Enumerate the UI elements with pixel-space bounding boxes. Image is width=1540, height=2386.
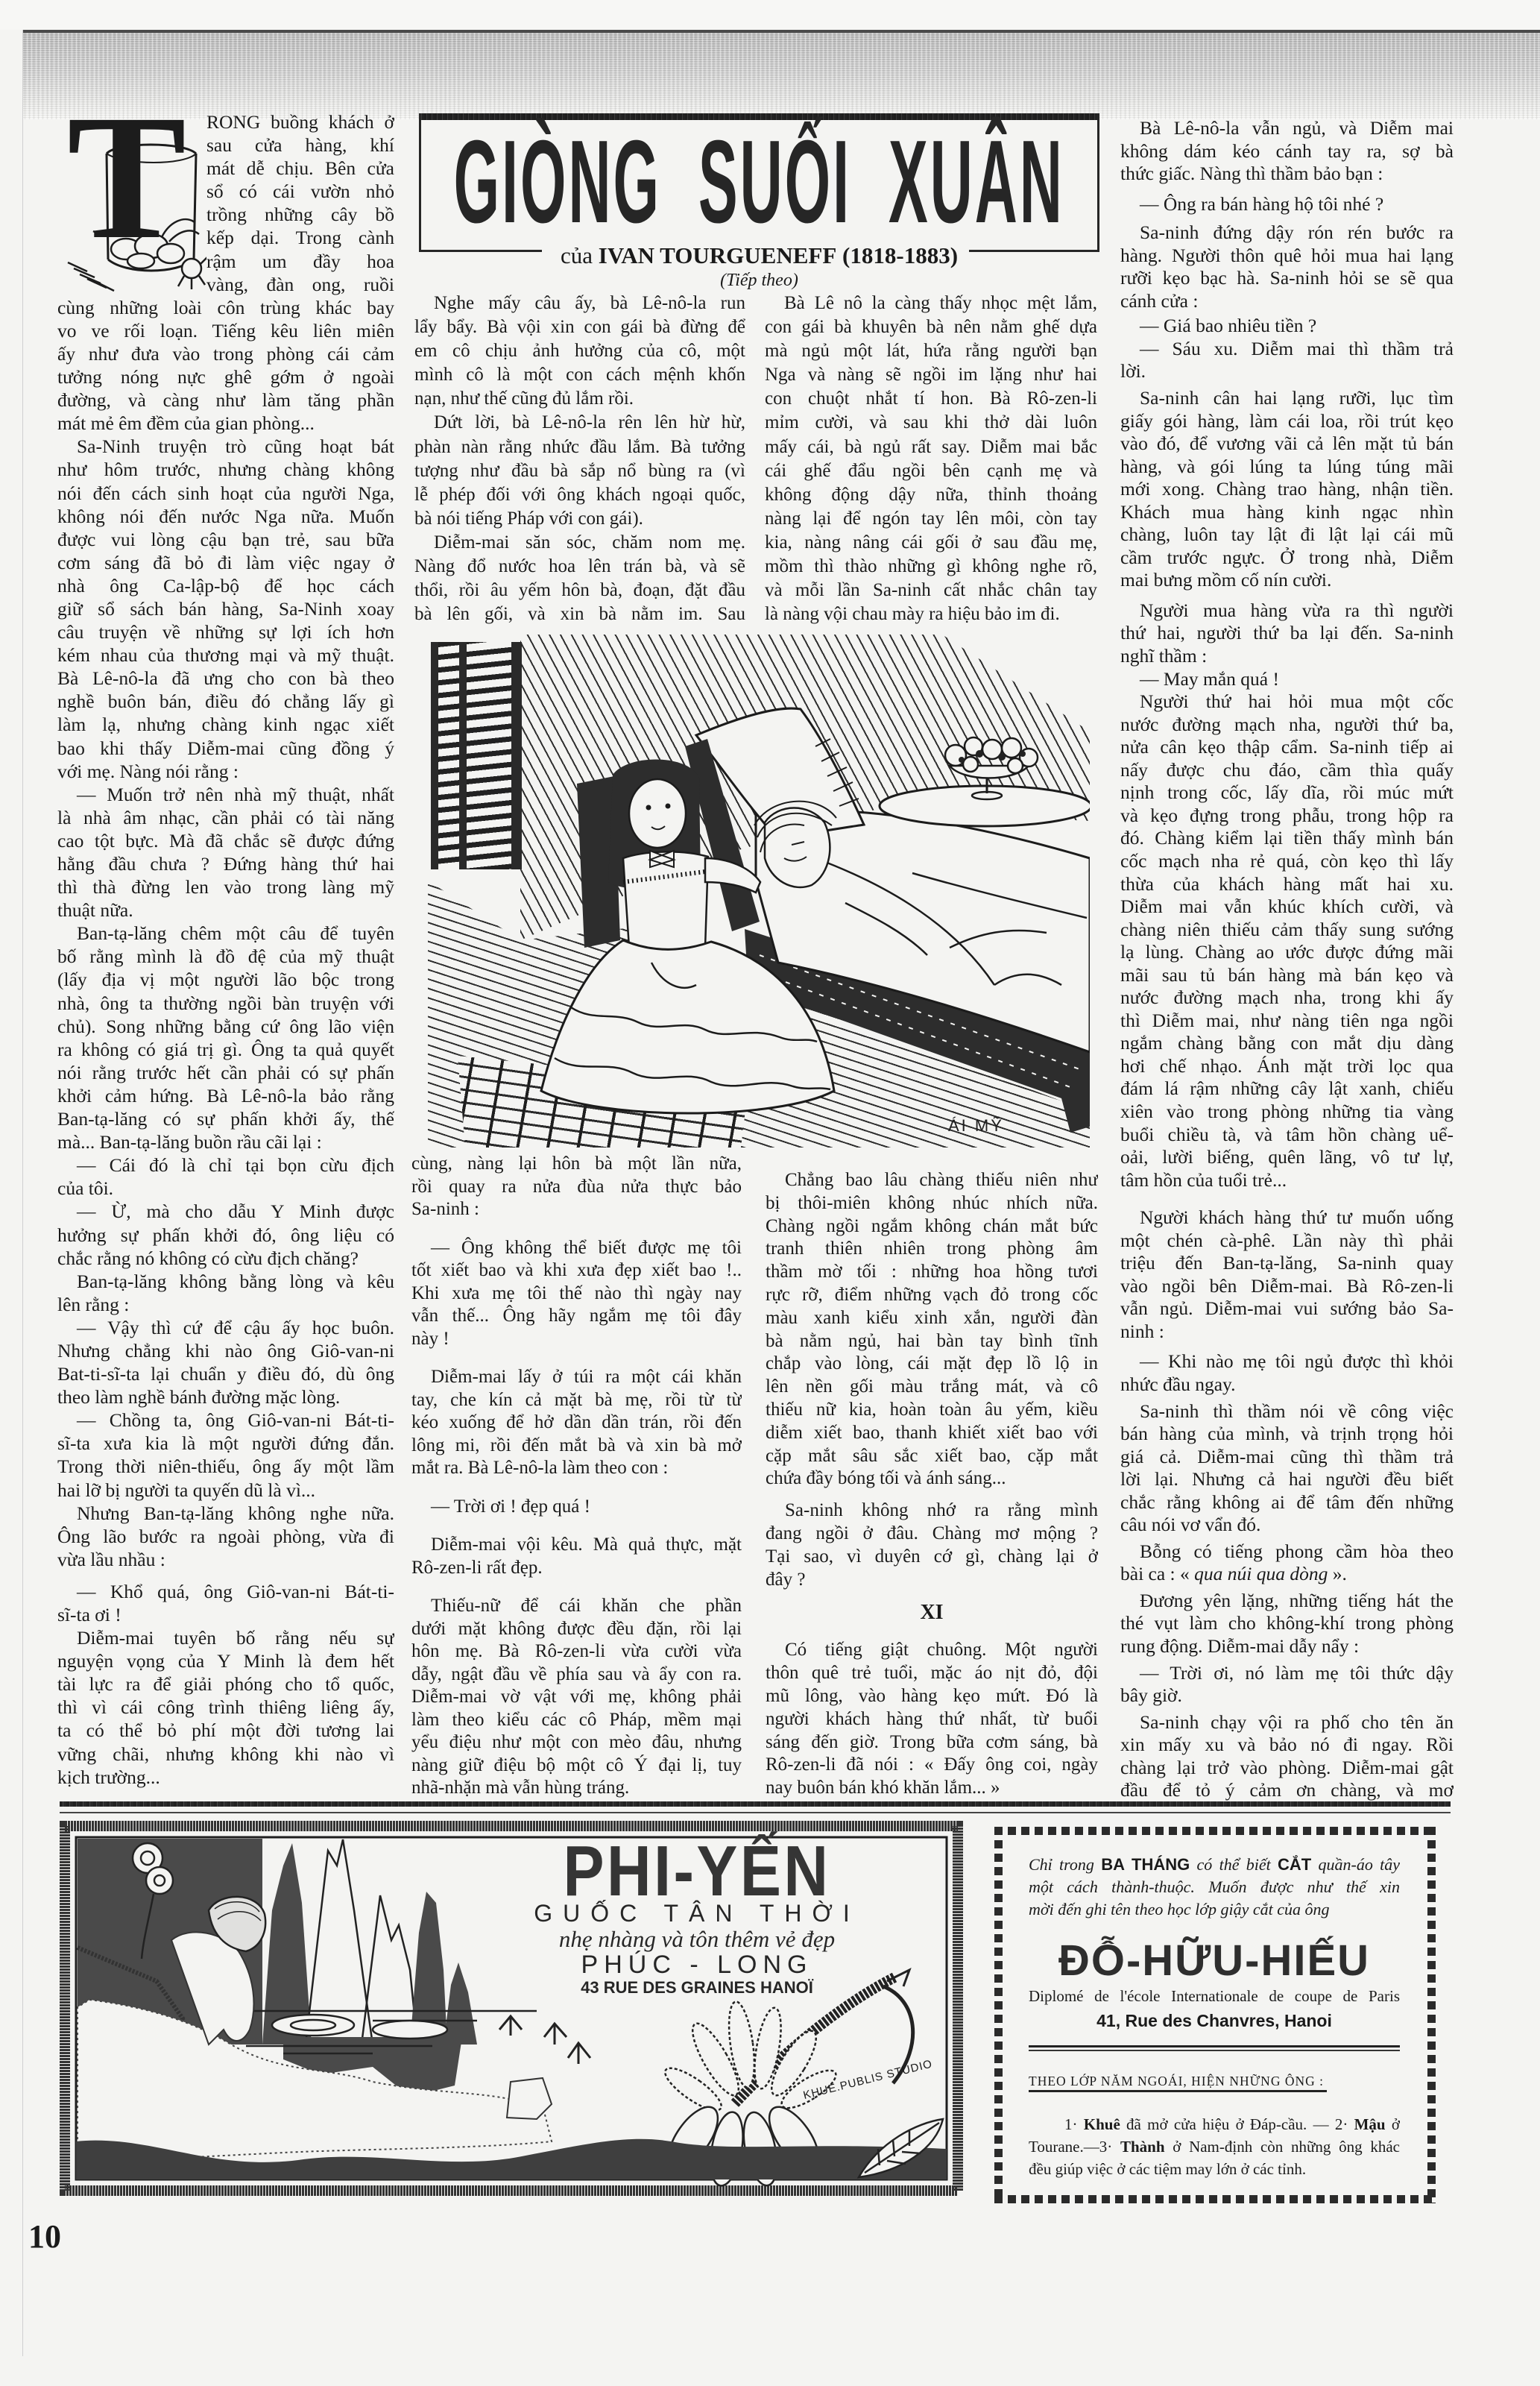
- paragraph: — Chồng ta, ông Giô-van-ni Bát-ti-sĩ-ta …: [57, 1408, 394, 1501]
- column-2-bottom: cùng, nàng lại hôn bà một lần nữa,rồi qu…: [411, 1153, 742, 1800]
- ad-double-rule-bottom: [1029, 2050, 1400, 2051]
- text-line: lạ lùng. Chàng ao ước được đứng mãi: [1120, 941, 1454, 964]
- paragraph: Diễm-mai lấy ở túi ra một cái khăntay, c…: [411, 1366, 742, 1480]
- text-line: vẫn ngủ. Diễm-mai vui sướng bảo Sa-: [1120, 1297, 1454, 1321]
- text-line: — Sáu xu. Diễm mai thì thầm trả: [1120, 338, 1454, 361]
- text-line: với mẹ. Nàng nói rằng :: [57, 760, 394, 783]
- text-line: hàng, và gói lúng ta lúng túng mãi: [1120, 456, 1454, 479]
- text-line: là nhà âm nhạc, cần phải có tài năng: [57, 806, 394, 829]
- text-line: kếp dại. Trong cành: [206, 226, 394, 249]
- text-line: phàn nàn rằng nhức đầu lắm. Bà tưởng: [414, 435, 745, 459]
- text-line: đó. Chàng kiểm lại tiền thấy mình bán: [1120, 827, 1454, 850]
- paragraph: Bỗng có tiếng phong cầm hòa theobài ca :…: [1120, 1540, 1454, 1586]
- paragraph: — Khổ quá, ông Giô-van-ni Bát-ti-sĩ-ta ơ…: [57, 1580, 394, 1626]
- text-line: nhà ông Ca-lập-bộ để học cách: [57, 574, 394, 597]
- text-line: Ban-tạ-lăng không bằng lòng và kêu: [57, 1270, 394, 1293]
- text-line: lông mi, rồi đến mắt bà và xin bà mở: [411, 1435, 742, 1458]
- text-line: Nhưng chẳng khi nào ông Giô-van-ni: [57, 1339, 394, 1362]
- text-line: bài ca : « qua núi qua dòng ».: [1120, 1563, 1454, 1586]
- text-line: — Muốn trở nên nhà mỹ thuật, nhất: [57, 783, 394, 806]
- text-line: không nói đến nước Nga nữa. Muốn: [57, 505, 394, 528]
- text-line: lễ phép đối với ông khách ngoại quốc,: [414, 483, 745, 507]
- text-line: vào đó, để vương vãi cả lên mặt tủ bán: [1120, 432, 1454, 456]
- text-line: vào ngồi bên Diễm-mai. Bà Rô-zen-li: [1120, 1275, 1454, 1298]
- paragraph: Chỉ trong BA THÁNG có thể biết CẮT quần-…: [1029, 1854, 1400, 1921]
- author-name: IVAN TOURGUENEFF: [599, 242, 837, 268]
- column-3-top: Bà Lê nô la càng thấy nhọc mệt lắm,con g…: [765, 292, 1097, 626]
- ad-diploma: Diplomé de l'école Internationale de cou…: [1029, 1985, 1400, 2007]
- dotted-border-bottom: [994, 2195, 1436, 2203]
- text-line: — Vậy thì cứ để cậu ấy học buôn.: [57, 1316, 394, 1339]
- text-line: nước đường mạch nha, người thứ ba,: [1120, 714, 1454, 737]
- column-2-top: Nghe mấy câu ấy, bà Lê-nô-la runlẩy bẩy.…: [414, 292, 745, 626]
- paragraph: Nhưng Ban-tạ-lăng không nghe nữa.Ông lão…: [57, 1502, 394, 1571]
- text-line: tài lực ra để giải phóng cho tổ quốc,: [57, 1672, 394, 1696]
- text-line: xiên vào trong phòng những tia vàng: [1120, 1101, 1454, 1124]
- text-line: kém nhau của thương mại và mỹ thuật.: [57, 643, 394, 667]
- text-line: đám lá rậm những cây lật xanh, chiếu: [1120, 1077, 1454, 1101]
- text-line: bà lên gối, và xin bà nằm im. Sau: [414, 602, 745, 626]
- text-line: Bà Lê-nô-la vẫn ngủ, và Diễm mai: [1120, 117, 1454, 140]
- advertisement-phi-yen: PHI-YẾN GUỐC TÂN THỜI nhẹ nhàng và tôn t…: [60, 1821, 963, 2196]
- text-line: rung động. Diễm-mai dẫy nẩy :: [1120, 1635, 1454, 1658]
- text-line: chắp vào lòng, cái mặt đẹp lồ lộ in: [766, 1353, 1098, 1376]
- text-line: Rô-zen-li rất đẹp.: [411, 1557, 742, 1580]
- text-line: kịch trường...: [57, 1766, 394, 1789]
- text-line: ấy như đưa vào trong phòng cái cảm: [57, 342, 394, 365]
- text-line: hàng. Người thôn quê hỏi mua hai lạng: [1120, 245, 1454, 268]
- text-line: nạn, như thế cũng đủ lắm rồi.: [414, 387, 745, 411]
- text-line: vẫn thế... Ông hãy ngắm mẹ tôi đây: [411, 1305, 742, 1328]
- text-line: mồm thì thào những gì không nghe rõ,: [765, 555, 1097, 579]
- text-line: RONG buồng khách ở: [206, 110, 394, 133]
- text-line: thức giấc. Nàng thì thầm bảo bạn :: [1120, 163, 1454, 186]
- text-line: sổ có cái vườn nhỏ: [206, 180, 394, 203]
- text-line: nhức đầu ngay.: [1120, 1373, 1454, 1397]
- paragraph: Bà Lê nô la càng thấy nhọc mệt lắm,con g…: [765, 292, 1097, 626]
- ads-divider-thick: [60, 1801, 1451, 1807]
- paragraph: Sa-ninh cân hai lạng rưỡi, lục tìmgiấy g…: [1120, 387, 1454, 592]
- text-line: không dám kéo cánh tay ra, sợ bà: [1120, 140, 1454, 163]
- text-line: tâm hồn của tuổi trẻ...: [1120, 1169, 1454, 1192]
- text-line: tưởng nóng nực ghê gớm ở ngoài: [57, 365, 394, 388]
- text-line: chắc rằng không ai để tâm đến những: [1120, 1491, 1454, 1514]
- text-line: một cách thành-thuộc. Muốn được như thế …: [1029, 1876, 1400, 1898]
- story-illustration: ÁI MỸ: [428, 635, 1090, 1148]
- text-line: nàng lại để ngón tay lên môi, còn tay: [765, 507, 1097, 531]
- text-line: chàng niên thiếu cảm thấy sung sướng: [1120, 919, 1454, 942]
- ad-heading-underline: [1029, 2090, 1327, 2092]
- text-line: Tại sao, vì duyên cớ gì, chàng lại ở: [766, 1546, 1098, 1569]
- text-line: bố rằng mình là đồ đệ của mỹ thuật: [57, 945, 394, 968]
- byline-prefix: của: [561, 242, 593, 268]
- page-number: 10: [28, 2220, 61, 2253]
- text-line: Chàng ngồi ngắm không chán mắt bức: [766, 1215, 1098, 1238]
- text-line: Khi xưa mẹ tôi thế nào thì ngày nay: [411, 1282, 742, 1306]
- text-line: vừa lầu nhầu :: [57, 1548, 394, 1571]
- text-line: được vui lòng cậu bạn trẻ, sau bữa: [57, 528, 394, 551]
- text-line: thôn quê trẻ tuổi, mặc áo nịt đỏ, đội: [766, 1662, 1098, 1685]
- advertisement-tailoring-school: Chỉ trong BA THÁNG có thể biết CẮT quần-…: [994, 1827, 1436, 2203]
- text-line: Có tiếng giật chuông. Một người: [766, 1639, 1098, 1662]
- text-line: (lấy địa vị một người lão bộc trong: [57, 968, 394, 991]
- text-line: lẩy bẩy. Bà vội xin con gái bà đừng để: [414, 315, 745, 339]
- paragraph: Người khách hàng thứ tư muốn uốngmột ché…: [1120, 1206, 1454, 1343]
- text-line: vo ve rối loạn. Tiếng kêu liên miên: [57, 319, 394, 342]
- paragraph: — Giá bao nhiêu tiền ?: [1120, 315, 1454, 338]
- ad-alumni-heading: THEO LỚP NĂM NGOÁI, HIỆN NHỮNG ÔNG :: [1029, 2071, 1400, 2091]
- paragraph: — Cái đó là chỉ tại bọn cừu địchcủa tôi.: [57, 1153, 394, 1200]
- dotted-border-left: [994, 1827, 1003, 2203]
- text-line: thì Diễm mai, như nàng tiên nga ngồi: [1120, 1010, 1454, 1033]
- text-line: nhà, ông ta thường ngồi bàn truyện với: [57, 992, 394, 1015]
- text-line: Đương yên lặng, những tiếng hát the: [1120, 1590, 1454, 1613]
- text-line: lời.: [1120, 360, 1454, 383]
- text-line: mũ lông, vào hàng kẹo mứt. Đó là: [766, 1685, 1098, 1708]
- text-line: thổi, rồi âu yếm hôn bà, đoạn, đặt đầu: [414, 579, 745, 602]
- text-line: Diễm-mai tuyên bố rằng nếu sự: [57, 1626, 394, 1649]
- ad-brand: PHI-YẾN: [543, 1842, 851, 1901]
- paragraph: — Khi nào mẹ tôi ngủ được thì khỏinhức đ…: [1120, 1350, 1454, 1396]
- paragraph: Sa-ninh thì thầm nói về công việcbán hàn…: [1120, 1400, 1454, 1537]
- text-line: diễm xiết bao, thanh khiết xiết bao với: [766, 1422, 1098, 1445]
- text-line: dẫy, ngật đầu về phía sau và ẩy con ra.: [411, 1663, 742, 1687]
- text-line: rậm um đầy hoa: [206, 250, 394, 273]
- text-line: cái ghế đẩu ngồi bên cạnh mẹ và: [765, 459, 1097, 483]
- text-line: Bỗng có tiếng phong cầm hòa theo: [1120, 1540, 1454, 1564]
- text-line: nghề buôn bán, điều đó chẳng lấy gì: [57, 690, 394, 713]
- text-line: chắc rằng nó không có cừu địch chăng?: [57, 1247, 394, 1270]
- text-line: sau cửa hàng, khí: [206, 133, 394, 157]
- text-line: — May mắn quá !: [1120, 668, 1454, 691]
- text-line: đây ?: [766, 1569, 1098, 1592]
- text-line: yểu điệu như một con mèo đâu, nhưng: [411, 1731, 742, 1754]
- text-line: Khách mua hàng kinh ngạc nhìn: [1120, 501, 1454, 524]
- text-line: bao khi thấy Diễm-mai cũng đồng ý: [57, 737, 394, 760]
- paragraph: Sa-ninh không nhớ ra rằng mìnhđang ngồi …: [766, 1499, 1098, 1591]
- paragraph: — Ông ra bán hàng hộ tôi nhé ?: [1120, 193, 1454, 216]
- text-line: Sa-ninh :: [411, 1198, 742, 1221]
- text-line: ngắm chàng bằng con mắt dịu dàng: [1120, 1032, 1454, 1055]
- text-line: đều giúp việc ở các tiệm may lớn ở các t…: [1029, 2158, 1400, 2180]
- continued-note: (Tiếp theo): [421, 269, 1097, 292]
- ad-tagline: nhẹ nhàng và tôn thêm vẻ đẹp: [518, 1927, 876, 1952]
- text-line: rưỡi kẹo bạc hà. Sa-ninh hỏi se sẽ qua: [1120, 267, 1454, 290]
- text-line: cầm trước ngực. Ở trong nhà, Diễm: [1120, 547, 1454, 570]
- text-line: Ban-tạ-lăng có sự phấn khởi ấy, thế: [57, 1107, 394, 1130]
- text-line: kia, nàng nâng cái gối ở sau đầu mẹ,: [765, 531, 1097, 555]
- paragraph: Thiếu-nữ để cái khăn che phầndưới mặt kh…: [411, 1595, 742, 1800]
- text-line: cùng, nàng lại hôn bà một lần nữa,: [411, 1153, 742, 1176]
- text-line: — Khổ quá, ông Giô-van-ni Bát-ti-: [57, 1580, 394, 1603]
- text-line: đang ngồi ở đâu. Chàng mơ mộng ?: [766, 1523, 1098, 1546]
- text-line: cốc mạch nha rẻ quá, còn kẹo thì lấy: [1120, 850, 1454, 873]
- text-line: nhã-nhặn mà vẫn hùng tráng.: [411, 1777, 742, 1800]
- text-line: và kẹo đựng trong phẫu, trong hộp ra: [1120, 805, 1454, 828]
- text-line: sĩ-ta xưa kia là một người đứng đắn.: [57, 1432, 394, 1455]
- text-line: ta có thể bỏ phí một đời tương lai: [57, 1719, 394, 1742]
- paragraph: — Sáu xu. Diễm mai thì thầm trảlời.: [1120, 338, 1454, 383]
- paragraph: Ban-tạ-lăng chêm một câu để tuyênbố rằng…: [57, 922, 394, 1153]
- text-line: Dứt lời, bà Lê-nô-la rên lên hừ hừ,: [414, 411, 745, 435]
- text-line: hai lỡ bị người ta quyến dũ là vì...: [57, 1479, 394, 1502]
- paragraph: Chẳng bao lâu chàng thiếu niên nhưbị thô…: [766, 1169, 1098, 1491]
- text-line: mãi sau tủ bán hàng mà bán kẹo và: [1120, 964, 1454, 987]
- text-line: — Trời ơi, nó làm mẹ tôi thức dậy: [1120, 1662, 1454, 1685]
- text-line: Nhưng Ban-tạ-lăng không nghe nữa.: [57, 1502, 394, 1525]
- text-line: đầu để tỏ ý cảm ơn chàng, và mơ: [1120, 1779, 1454, 1802]
- paragraph: — Vậy thì cứ để cậu ấy học buôn.Nhưng ch…: [57, 1316, 394, 1408]
- text-line: Nghe mấy câu ấy, bà Lê-nô-la run: [414, 292, 745, 315]
- ad-double-rule-top: [1029, 2045, 1400, 2047]
- newspaper-page: GIÒNG SUỐI XUÂN của IVAN TOURGUENEFF (18…: [0, 0, 1540, 2386]
- paragraph: Diễm-mai săn sóc, chăm nom mẹ.Nàng đổ nư…: [414, 531, 745, 626]
- text-line: Bà Lê nô la càng thấy nhọc mệt lắm,: [765, 292, 1097, 315]
- text-line: câu nói vơ vẩn đó.: [1120, 1514, 1454, 1537]
- text-line: Nga và nàng sẽ ngồi im lặng như hai: [765, 363, 1097, 387]
- paragraph: Ban-tạ-lăng không bằng lòng và kêulên rằ…: [57, 1270, 394, 1316]
- text-line: người khách hàng thứ nhất, từ buổi: [766, 1708, 1098, 1731]
- text-line: cặp mắt sâu sắc xiết bao, cặp mắt: [766, 1445, 1098, 1468]
- text-line: chàng lại trở vào phòng. Diễm-mai gật: [1120, 1757, 1454, 1780]
- text-line: dưới mặt không được đều đặn, rồi lại: [411, 1618, 742, 1641]
- text-line: lời lại. Nhưng cả hai người đều biết: [1120, 1468, 1454, 1491]
- text-line: vàng, đàn ong, ruồi: [206, 273, 394, 296]
- text-line: sĩ-ta ơi !: [57, 1603, 394, 1626]
- text-line: thé vụt làm cho không-khí trong phòng: [1120, 1612, 1454, 1635]
- text-line: không động dậy nữa, thỉnh thoảng: [765, 483, 1097, 507]
- text-line: nghĩ thầm :: [1120, 645, 1454, 668]
- paragraph: Nghe mấy câu ấy, bà Lê-nô-la runlẩy bẩy.…: [414, 292, 745, 411]
- scan-margin: [0, 0, 1540, 30]
- text-line: Diễm-mai vờ vật với mẹ, không phải: [411, 1686, 742, 1709]
- text-line: Rô-zen-li đã nói : « Đấy ông coi, ngày: [766, 1754, 1098, 1777]
- column-4: Bà Lê-nô-la vẫn ngủ, và Diễm maikhông dá…: [1120, 117, 1454, 1802]
- ad-intro-text: Chỉ trong BA THÁNG có thể biết CẮT quần-…: [1029, 1854, 1400, 1921]
- text-line: Trong thời niên-thiếu, ông ấy một lầm: [57, 1455, 394, 1478]
- text-line: — Trời ơi ! đẹp quá !: [411, 1496, 742, 1519]
- text-line: và mỗi lần Sa-ninh cất nhắc chân tay: [765, 579, 1097, 602]
- text-line: ninh :: [1120, 1321, 1454, 1344]
- text-line: thì vì cái công trình thiêng liêng ấy,: [57, 1696, 394, 1719]
- text-line: Sa-ninh không nhớ ra rằng mình: [766, 1499, 1098, 1523]
- text-line: Sa-ninh chạy vội ra phố cho tên ăn: [1120, 1711, 1454, 1734]
- text-line: khởi cảm hứng. Bà Lê-nô-la bảo rằng: [57, 1084, 394, 1107]
- text-line: nửa cân kẹo thập cẩm. Sa-ninh tiếp ai: [1120, 736, 1454, 759]
- text-line: hằng đầu chưa ? Đứng hàng thứ hai: [57, 852, 394, 875]
- text-line: của tôi.: [57, 1177, 394, 1200]
- text-line: mắt ra. Bà Lê-nô-la làm theo con :: [411, 1457, 742, 1480]
- paragraph: — Ừ, mà cho dẫu Y Minh đượchưởng sự phấn…: [57, 1200, 394, 1269]
- text-line: buổi chiều tà, và tâm hồn chàng uể-: [1120, 1124, 1454, 1147]
- text-line: Ông lão bước ra ngoài phòng, vừa đi: [57, 1525, 394, 1548]
- text-line: như hôm trước, nhưng chàng không: [57, 458, 394, 481]
- text-line: mà ngủ một lát, hứa rằng người bạn: [765, 339, 1097, 363]
- text-line: nấy được chu đáo, cầm thìa quấy: [1120, 759, 1454, 782]
- title-wrap: GIÒNG SUỐI XUÂN: [421, 123, 1097, 241]
- table-with-flowers: [880, 737, 1090, 826]
- text-line: Người thứ hai hỏi mua một cốc: [1120, 690, 1454, 714]
- text-line: Người khách hàng thứ tư muốn uống: [1120, 1206, 1454, 1230]
- text-line: mát dễ chịu. Bên cửa: [206, 157, 394, 180]
- text-line: xin mấy xu và bảo nó đi ngay. Rồi: [1120, 1734, 1454, 1757]
- text-line: lên nền gối màu trắng mát, và cô: [766, 1376, 1098, 1399]
- text-line: — Chồng ta, ông Giô-van-ni Bát-ti-: [57, 1408, 394, 1432]
- text-line: câu truyện về những sự lợi ích hơn: [57, 620, 394, 643]
- text-line: tay, che kín cả mặt bà mẹ, rồi từ từ: [411, 1389, 742, 1412]
- paragraph: Người thứ hai hỏi mua một cốcnước đường …: [1120, 690, 1454, 1192]
- text-line: rực rỡ, điểm những vạch đỏ trong cốc: [766, 1284, 1098, 1307]
- text-line: Chỉ trong BA THÁNG có thể biết CẮT quần-…: [1029, 1854, 1400, 1876]
- paragraph: Bà Lê-nô-la vẫn ngủ, và Diễm maikhông dá…: [1120, 117, 1454, 186]
- paragraph: cùng, nàng lại hôn bà một lần nữa,rồi qu…: [411, 1153, 742, 1221]
- byline: của IVAN TOURGUENEFF (1818-1883): [421, 240, 1097, 271]
- text-line: — Giá bao nhiêu tiền ?: [1120, 315, 1454, 338]
- text-line: thứ hai, người thứ ba lại đến. Sa-ninh: [1120, 622, 1454, 645]
- text-line: giữ sổ sách bán hàng, Sa-Ninh xoay: [57, 597, 394, 620]
- text-line: oải, lười biếng, quên lãng, vô tư lự,: [1120, 1146, 1454, 1169]
- text-line: thừa của khách hàng mất hai xu.: [1120, 873, 1454, 896]
- paragraph: 1· Khuê đã mở cửa hiệu ở Đáp-cầu. — 2· M…: [1029, 2113, 1400, 2180]
- chapter-heading: XI: [766, 1602, 1098, 1624]
- text-line: trồng những cây bồ: [206, 203, 394, 226]
- text-line: Thiếu-nữ để cái khăn che phần: [411, 1595, 742, 1618]
- text-line: Diễm-mai vội kêu. Mà quả thực, mặt: [411, 1534, 742, 1557]
- text-line: triệu đến Ban-tạ-lăng, Sa-ninh quay: [1120, 1252, 1454, 1275]
- text-line: làm lạ, nhưng chàng kinh ngạc xiết: [57, 713, 394, 736]
- text-line: Sa-Ninh truyện trò cũng hoạt bát: [57, 435, 394, 458]
- paragraph: Dứt lời, bà Lê-nô-la rên lên hừ hừ,phàn …: [414, 411, 745, 530]
- text-line: nàng giữ điệu bộ một cô Ý đại lị, tuy: [411, 1754, 742, 1778]
- ad-tailor-address: 41, Rue des Chanvres, Hanoi: [1029, 2009, 1400, 2032]
- text-line: mới xong. Chàng trao hàng, nhận tiền.: [1120, 478, 1454, 501]
- text-line: — Ông không thể biết được mẹ tôi: [411, 1237, 742, 1260]
- text-line: Ban-tạ-lăng chêm một câu để tuyên: [57, 922, 394, 945]
- text-line: Diễm-mai săn sóc, chăm nom mẹ.: [414, 531, 745, 555]
- text-line: Diễm mai vẫn khúc khích cười, và: [1120, 895, 1454, 919]
- text-line: Chẳng bao lâu chàng thiếu niên như: [766, 1169, 1098, 1192]
- text-line: giá cả. Diễm-mai cũng thì thầm trả: [1120, 1446, 1454, 1469]
- text-line: hôn mẹ. Bà Rô-zen-li vừa cười vừa: [411, 1640, 742, 1663]
- text-line: Bà Lê-nô-la đã ưng cho con bà theo: [57, 667, 394, 690]
- paragraph: Sa-Ninh truyện trò cũng hoạt bátnhư hôm …: [57, 435, 394, 782]
- text-line: Tourane.—3· Thành ở Nam-định còn những ô…: [1029, 2135, 1400, 2158]
- text-line: mời đến ghi tên theo học lớp giậy cắt củ…: [1029, 1898, 1400, 1921]
- text-line: nói đến cách sinh hoạt của người Nga,: [57, 482, 394, 505]
- paragraph: — Trời ơi ! đẹp quá !: [411, 1496, 742, 1519]
- ad-product: GUỐC TÂN THỜI: [518, 1903, 876, 1924]
- text-line: nguyện vọng của Y Minh là đem hết: [57, 1649, 394, 1672]
- text-line: nước đường mạch nha, trong khi ấy: [1120, 986, 1454, 1010]
- text-line: Sa-ninh thì thầm nói về công việc: [1120, 1400, 1454, 1423]
- author-years: (1818-1883): [842, 242, 958, 268]
- text-line: Nàng đổ nước hoa lên trán bà, và sẽ: [414, 555, 745, 579]
- illustration-drawing: [428, 635, 1090, 1148]
- text-line: mà... Ban-tạ-lăng buồn rầu cãi lại :: [57, 1130, 394, 1153]
- text-line: bà nằm ngủ, hai bàn tay bình tĩnh: [766, 1330, 1098, 1353]
- text-line: Người mua hàng vừa ra thì người: [1120, 599, 1454, 623]
- text-line: chàng, luôn tay lật đi lật lại cái mũ: [1120, 523, 1454, 547]
- text-line: giấy gói hàng, làm cái loa, rồi trút kẹo: [1120, 410, 1454, 433]
- text-line: bây giờ.: [1120, 1684, 1454, 1707]
- text-line: thiếu nữ kia, hoàn toàn âu yếm, kiều: [766, 1399, 1098, 1422]
- ad-tailor-name: ĐỖ-HỮU-HIẾU: [1029, 1939, 1400, 1983]
- paragraph: Diễm-mai tuyên bố rằng nếu sựnguyện vọng…: [57, 1626, 394, 1789]
- text-line: sáng đến giờ. Trong bữa cơm sáng, bà: [766, 1731, 1098, 1754]
- text-line: đường, và càng như làm tăng phần: [57, 388, 394, 412]
- text-line: làm theo kiểu các cô Pháp, mềm mại: [411, 1709, 742, 1732]
- text-line: mai bưng mồm cố nín cười.: [1120, 569, 1454, 592]
- ad-shop-name: PHÚC - LONG: [518, 1954, 876, 1976]
- paragraph: Có tiếng giật chuông. Một ngườithôn quê …: [766, 1639, 1098, 1800]
- paragraph: — Ông không thể biết được mẹ tôitốt xiết…: [411, 1237, 742, 1351]
- text-line: tượng như đầu bà sắp nổ bùng ra (vì: [414, 459, 745, 483]
- text-line: — Ừ, mà cho dẫu Y Minh được: [57, 1200, 394, 1223]
- ads-divider-thin: [60, 1812, 1451, 1813]
- text-line: vững chãi, nhưng không khi nào vì: [57, 1743, 394, 1766]
- dotted-border-top: [994, 1827, 1436, 1835]
- text-line: là nàng vội chau mày ra hiệu bảo im đi.: [765, 602, 1097, 626]
- text-line: — Cái đó là chỉ tại bọn cừu địch: [57, 1153, 394, 1177]
- text-line: rồi quay ra nửa đùa nửa thực bảo: [411, 1176, 742, 1199]
- text-line: Bat-ti-sĩ-ta lại chuẩn y điều đó, dù ông: [57, 1362, 394, 1385]
- text-line: em cô chịu ảnh hưởng của cô, một: [414, 339, 745, 363]
- text-line: Sa-ninh cân hai lạng rưỡi, lục tìm: [1120, 387, 1454, 410]
- drop-cap-letter: T: [57, 87, 196, 266]
- text-line: Diễm-mai lấy ở túi ra một cái khăn: [411, 1366, 742, 1389]
- text-line: nịnh trong cốc, lấy dĩa, rồi múc mứt: [1120, 781, 1454, 805]
- text-line: con gái bà khuyên bà nên nằm ghế dựa: [765, 315, 1097, 339]
- scan-noise-band: [22, 30, 1540, 119]
- text-line: mỉm cười, và sau khi thở dài luôn: [765, 411, 1097, 435]
- dotted-border-right: [1427, 1827, 1436, 2203]
- text-line: — Khi nào mẹ tôi ngủ được thì khỏi: [1120, 1350, 1454, 1373]
- text-line: nói rằng trước hết cần phải có sự phấn: [57, 1061, 394, 1084]
- article-title: GIÒNG SUỐI XUÂN: [454, 123, 1064, 241]
- text-line: một chén cà-phê. Lần này thì phải: [1120, 1230, 1454, 1253]
- text-line: bán hàng của mình, và trịnh trọng hỏi: [1120, 1423, 1454, 1446]
- paragraph: Sa-ninh đứng dậy rón rén bước rahàng. Ng…: [1120, 221, 1454, 312]
- paragraph: Diễm-mai vội kêu. Mà quả thực, mặtRô-zen…: [411, 1534, 742, 1579]
- text-line: bị thôi-miên không nhúc nhích nữa.: [766, 1192, 1098, 1215]
- text-line: cơm sáng đã bỏ đi làm việc ngay ở: [57, 551, 394, 574]
- text-line: mình cô là một con cách mệnh khốn: [414, 363, 745, 387]
- text-line: cánh cửa :: [1120, 290, 1454, 313]
- paragraph: — May mắn quá !: [1120, 668, 1454, 691]
- text-line: thì thà đừng len vào trong làng mỹ: [57, 875, 394, 898]
- text-line: mát mẻ êm đềm của gian phòng...: [57, 412, 394, 435]
- text-line: cùng những loài côn trùng khác bay: [57, 296, 394, 319]
- column-1: T RONG buồng khách ởsau cửa hàng, khímát…: [57, 110, 394, 1789]
- text-line: ra không có giá trị gì. Ông ta quả quyết: [57, 1038, 394, 1061]
- text-line: chứa đầy bóng tối và ánh sáng...: [766, 1467, 1098, 1491]
- ad-alumni-list: 1· Khuê đã mở cửa hiệu ở Đáp-cầu. — 2· M…: [1029, 2113, 1400, 2180]
- text-line: — Ông ra bán hàng hộ tôi nhé ?: [1120, 193, 1454, 216]
- text-line: tốt xiết bao và khi xưa đẹp xiết bao !..: [411, 1259, 742, 1282]
- text-line: tranh thiên nhiên trong phòng âm: [766, 1238, 1098, 1261]
- title-box-right-border: [1097, 113, 1099, 252]
- text-line: thầm mờ tối : những hoa hồng tươi: [766, 1261, 1098, 1284]
- text-line: hơi chế nhạo. Ánh mặt trời lọc qua: [1120, 1055, 1454, 1078]
- text-line: kéo xuống để hở dần dần trán, rồi đến: [411, 1411, 742, 1435]
- text-line: Sa-ninh đứng dậy rón rén bước ra: [1120, 221, 1454, 245]
- text-line: cao tột bực. Mà đã chắc sẽ được đứng: [57, 829, 394, 852]
- text-line: nay buôn bán khó khăn lắm... »: [766, 1777, 1098, 1800]
- text-line: màu xanh kiểu xinh xắn, người đàn: [766, 1307, 1098, 1330]
- drop-cap-illustration: T: [57, 110, 206, 295]
- paragraph: — Trời ơi, nó làm mẹ tôi thức dậybây giờ…: [1120, 1662, 1454, 1707]
- text-line: bà nói tiếng Pháp với con gái).: [414, 507, 745, 531]
